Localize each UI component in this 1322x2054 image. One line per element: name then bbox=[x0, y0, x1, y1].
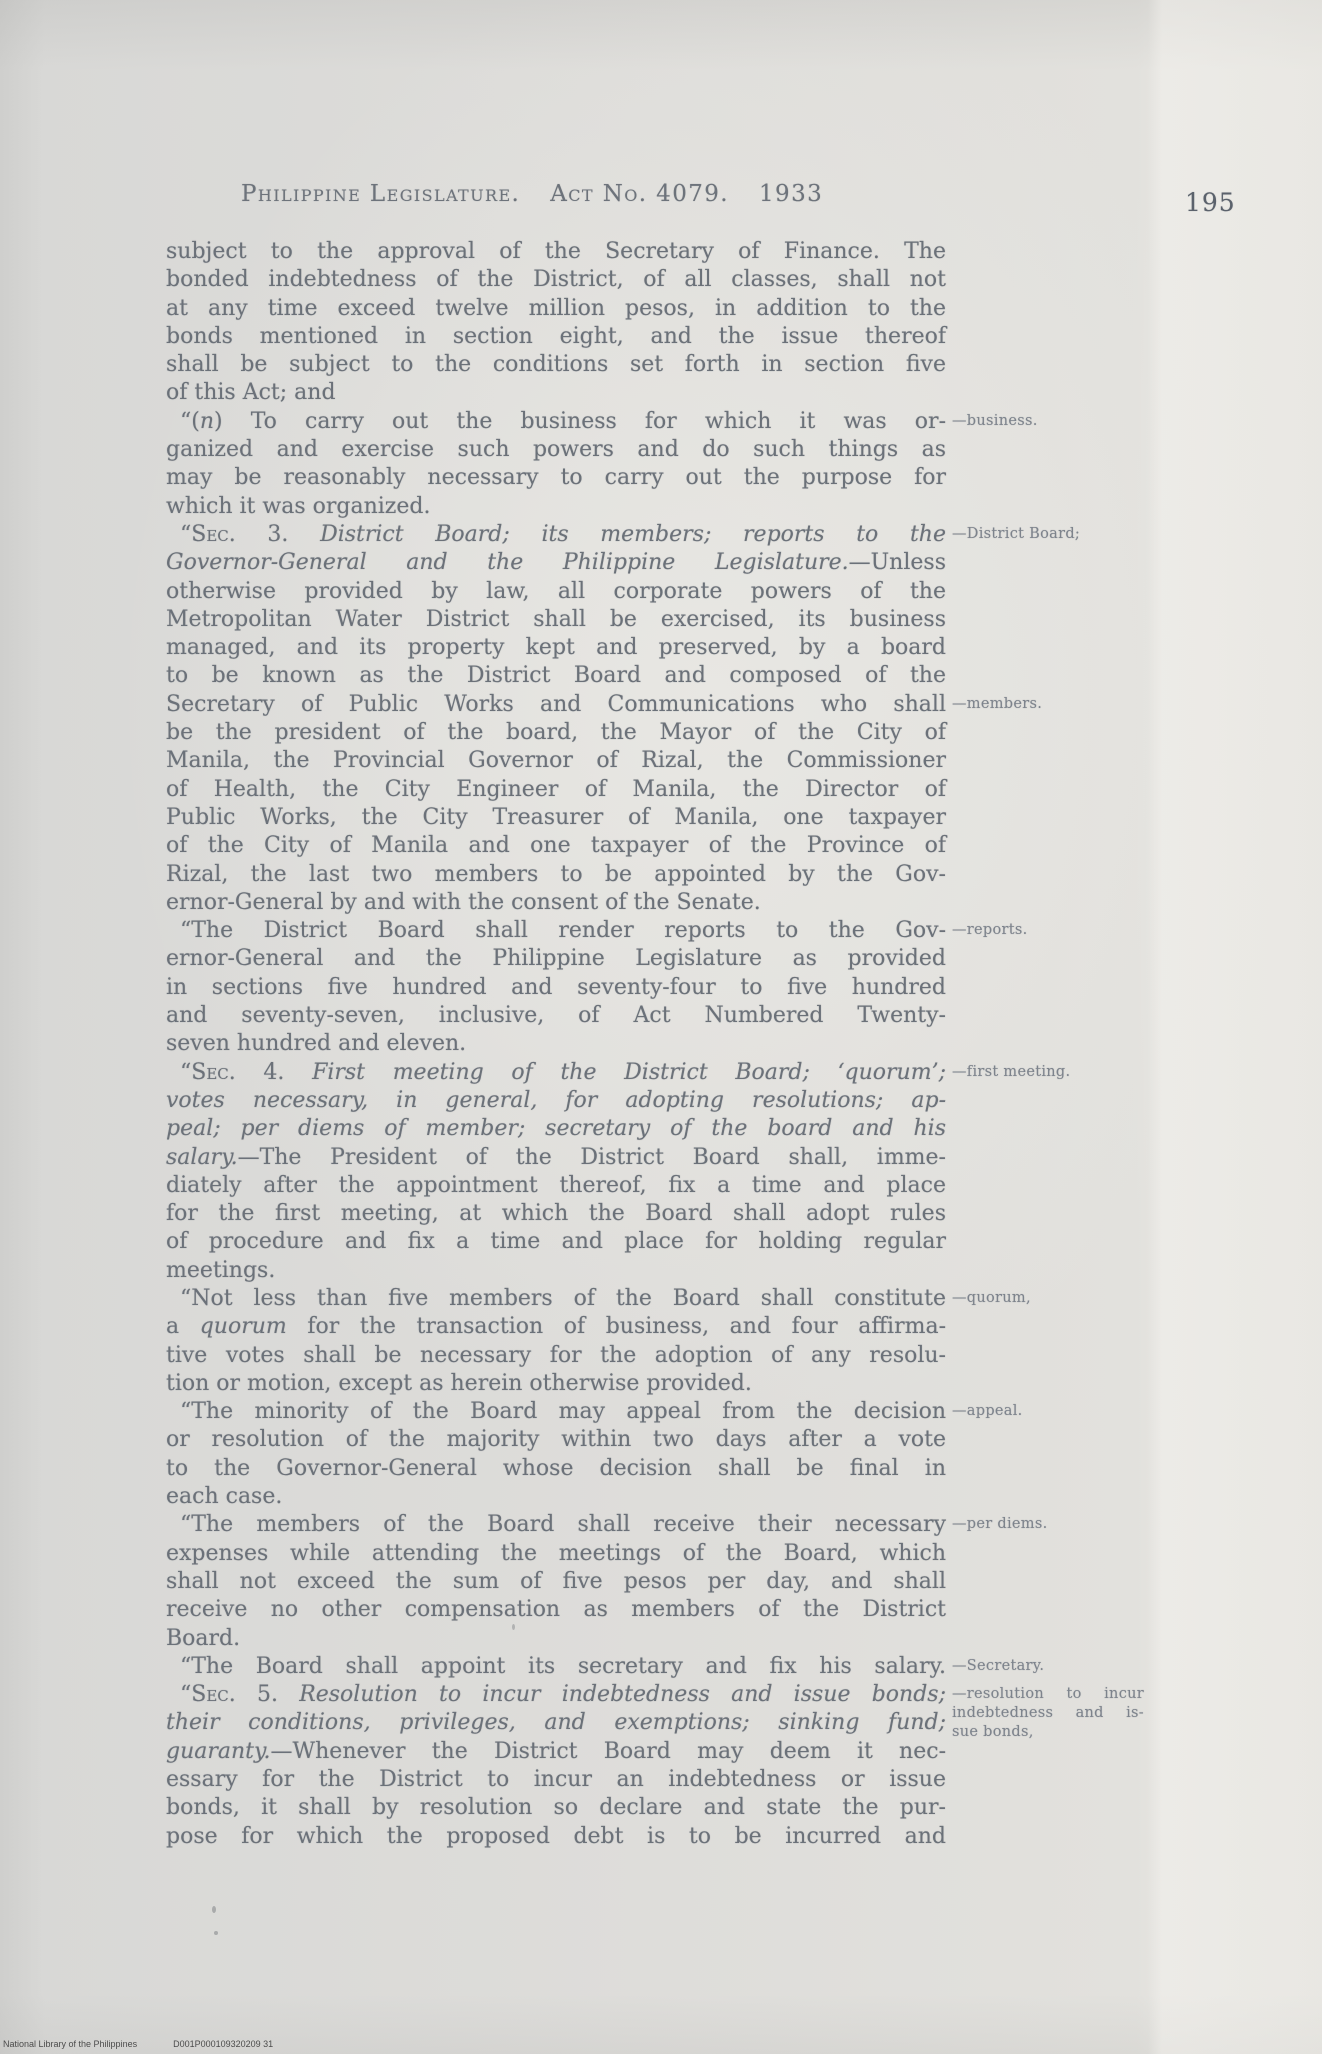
text-line: Governor-General and the Philippine Legi… bbox=[166, 549, 946, 577]
text-segment: of procedure and fix a time and place fo… bbox=[166, 1229, 946, 1254]
text-segment: “The members of the Board shall receive … bbox=[180, 1512, 946, 1537]
text-segment: bonded indebtedness of the District, of … bbox=[166, 267, 946, 292]
text-segment: “Not less than five members of the Board… bbox=[180, 1286, 946, 1311]
margin-note: —quorum, bbox=[952, 1289, 1144, 1308]
margin-note-line: —Secretary. bbox=[952, 1657, 1144, 1676]
text-line: of this Act; and bbox=[166, 379, 946, 407]
text-line: receive no other compensation as members… bbox=[166, 1596, 946, 1624]
text-line: managed, and its property kept and prese… bbox=[166, 634, 946, 662]
paragraph: “(n) To carry out the business for which… bbox=[166, 408, 946, 521]
text-segment: of this Act; and bbox=[166, 380, 336, 405]
text-line: or resolution of the majority within two… bbox=[166, 1426, 946, 1454]
margin-note-line: —reports. bbox=[952, 921, 1144, 940]
text-segment: receive no other compensation as members… bbox=[166, 1597, 946, 1622]
text-segment: managed, and its property kept and prese… bbox=[166, 635, 946, 660]
text-segment: shall not exceed the sum of five pesos p… bbox=[166, 1569, 946, 1594]
text-line: and seventy-seven, inclusive, of Act Num… bbox=[166, 1002, 946, 1030]
margin-note-line: —quorum, bbox=[952, 1289, 1144, 1308]
text-line: ganized and exercise such powers and do … bbox=[166, 436, 946, 464]
text-line: of the City of Manila and one taxpayer o… bbox=[166, 832, 946, 860]
text-segment: of the City of Manila and one taxpayer o… bbox=[166, 833, 946, 858]
text-line: shall not exceed the sum of five pesos p… bbox=[166, 1568, 946, 1596]
text-line: a quorum for the transaction of business… bbox=[166, 1313, 946, 1341]
text-segment: at any time exceed twelve million pesos,… bbox=[166, 296, 946, 321]
paragraph: “Not less than five members of the Board… bbox=[166, 1285, 946, 1398]
text-segment: bonds mentioned in section eight, and th… bbox=[166, 324, 946, 349]
text-line: essary for the District to incur an inde… bbox=[166, 1766, 946, 1794]
paper-speck bbox=[214, 1931, 218, 1935]
text-segment: n bbox=[200, 409, 214, 434]
text-segment: tive votes shall be necessary for the ad… bbox=[166, 1343, 946, 1368]
paragraph: “Sec. 3. District Board; its members; re… bbox=[166, 521, 946, 917]
paper-speck bbox=[212, 1906, 216, 1913]
text-line: bonds mentioned in section eight, and th… bbox=[166, 323, 946, 351]
text-line: ernor-General by and with the consent of… bbox=[166, 889, 946, 917]
text-segment: peal; per diems of member; secretary of … bbox=[166, 1116, 946, 1141]
page-header-title: Philippine Legislature.Act No. 4079.1933 bbox=[241, 181, 853, 207]
text-line: “The District Board shall render reports… bbox=[166, 917, 946, 945]
text-line: shall be subject to the conditions set f… bbox=[166, 351, 946, 379]
margin-note-line: —per diems. bbox=[952, 1515, 1144, 1534]
margin-note-line: indebtedness and is- bbox=[952, 1704, 1144, 1723]
text-segment: Board. bbox=[166, 1626, 240, 1651]
text-line: be the president of the board, the Mayor… bbox=[166, 719, 946, 747]
text-segment: “ bbox=[180, 522, 191, 547]
text-line: may be reasonably necessary to carry out… bbox=[166, 464, 946, 492]
paragraph: “Sec. 5. Resolution to incur indebtednes… bbox=[166, 1681, 946, 1851]
margin-note: —District Board; bbox=[952, 525, 1144, 544]
margin-note: —resolution to incurindebtedness and is-… bbox=[952, 1685, 1144, 1742]
text-line: peal; per diems of member; secretary of … bbox=[166, 1115, 946, 1143]
margin-note-line: —business. bbox=[952, 412, 1144, 431]
text-segment: subject to the approval of the Secretary… bbox=[166, 239, 946, 264]
text-segment: —The President of the District Board sha… bbox=[238, 1145, 946, 1170]
text-line: expenses while attending the meetings of… bbox=[166, 1540, 946, 1568]
margin-note-line: —appeal. bbox=[952, 1402, 1144, 1421]
text-segment: for the first meeting, at which the Boar… bbox=[166, 1201, 946, 1226]
text-segment: in sections five hundred and seventy-fou… bbox=[166, 975, 946, 1000]
text-segment: each case. bbox=[166, 1484, 282, 1509]
margin-note: —Secretary. bbox=[952, 1657, 1144, 1676]
paragraph: “Sec. 4. First meeting of the District B… bbox=[166, 1059, 946, 1285]
text-line: “The minority of the Board may appeal fr… bbox=[166, 1398, 946, 1426]
text-segment: may be reasonably necessary to carry out… bbox=[166, 465, 946, 490]
margin-note-line: —members. bbox=[952, 695, 1144, 714]
text-segment: 5. bbox=[236, 1682, 299, 1707]
text-line: bonded indebtedness of the District, of … bbox=[166, 266, 946, 294]
text-line: Board. bbox=[166, 1625, 946, 1653]
margin-note-line: —resolution to incur bbox=[952, 1685, 1144, 1704]
text-line: diately after the appointment thereof, f… bbox=[166, 1172, 946, 1200]
text-segment: Secretary of Public Works and Communicat… bbox=[166, 692, 946, 717]
text-segment: to be known as the District Board and co… bbox=[166, 663, 946, 688]
margin-note-line: —District Board; bbox=[952, 525, 1144, 544]
text-segment: otherwise provided by law, all corporate… bbox=[166, 579, 946, 604]
text-segment: Governor-General and the Philippine Legi… bbox=[166, 550, 849, 575]
text-line: bonds, it shall by resolution so declare… bbox=[166, 1794, 946, 1822]
text-segment: Resolution to incur indebtedness and iss… bbox=[299, 1682, 946, 1707]
text-segment: and seventy-seven, inclusive, of Act Num… bbox=[166, 1003, 946, 1028]
text-segment: “The Board shall appoint its secretary a… bbox=[180, 1654, 946, 1679]
text-line: at any time exceed twelve million pesos,… bbox=[166, 295, 946, 323]
text-segment: District Board; its members; reports to … bbox=[320, 522, 946, 547]
text-segment: 3. bbox=[236, 522, 320, 547]
scanned-page: Philippine Legislature.Act No. 4079.1933… bbox=[0, 0, 1322, 2054]
margin-note: —business. bbox=[952, 412, 1144, 431]
scan-code-label: D001P000109320209 31 bbox=[173, 2039, 273, 2049]
text-line: “Sec. 3. District Board; its members; re… bbox=[166, 521, 946, 549]
text-segment: 4. bbox=[236, 1060, 312, 1085]
text-line: “The members of the Board shall receive … bbox=[166, 1511, 946, 1539]
text-line: “(n) To carry out the business for which… bbox=[166, 408, 946, 436]
text-segment: “The minority of the Board may appeal fr… bbox=[180, 1399, 946, 1424]
text-segment: expenses while attending the meetings of… bbox=[166, 1541, 946, 1566]
margin-notes: —business.—District Board;—members.—repo… bbox=[952, 238, 1152, 1898]
margin-note: —members. bbox=[952, 695, 1144, 714]
text-line: of Health, the City Engineer of Manila, … bbox=[166, 776, 946, 804]
text-segment: ) To carry out the business for which it… bbox=[214, 409, 946, 434]
text-line: in sections five hundred and seventy-fou… bbox=[166, 974, 946, 1002]
header-title-part: 1933 bbox=[759, 181, 823, 207]
text-segment: “The District Board shall render reports… bbox=[180, 918, 946, 943]
paragraph: “The members of the Board shall receive … bbox=[166, 1511, 946, 1652]
text-line: to the Governor-General whose decision s… bbox=[166, 1455, 946, 1483]
text-segment: their conditions, privileges, and exempt… bbox=[166, 1710, 946, 1735]
text-segment: pose for which the proposed debt is to b… bbox=[166, 1824, 946, 1849]
text-line: ernor-General and the Philippine Legisla… bbox=[166, 945, 946, 973]
text-line: for the first meeting, at which the Boar… bbox=[166, 1200, 946, 1228]
text-segment: a bbox=[166, 1314, 200, 1339]
text-segment: seven hundred and eleven. bbox=[166, 1031, 466, 1056]
text-line: Manila, the Provincial Governor of Rizal… bbox=[166, 747, 946, 775]
text-line: seven hundred and eleven. bbox=[166, 1030, 946, 1058]
text-segment: Manila, the Provincial Governor of Rizal… bbox=[166, 748, 946, 773]
text-line: Metropolitan Water District shall be exe… bbox=[166, 606, 946, 634]
text-line: “The Board shall appoint its secretary a… bbox=[166, 1653, 946, 1681]
text-segment: to the Governor-General whose decision s… bbox=[166, 1456, 946, 1481]
text-segment: “( bbox=[180, 409, 200, 434]
paragraph: “The minority of the Board may appeal fr… bbox=[166, 1398, 946, 1511]
text-segment: of Health, the City Engineer of Manila, … bbox=[166, 777, 946, 802]
text-line: which it was organized. bbox=[166, 493, 946, 521]
text-line: meetings. bbox=[166, 1257, 946, 1285]
text-segment: quorum bbox=[200, 1314, 287, 1339]
text-line: votes necessary, in general, for adoptin… bbox=[166, 1087, 946, 1115]
text-line: pose for which the proposed debt is to b… bbox=[166, 1823, 946, 1851]
text-segment: essary for the District to incur an inde… bbox=[166, 1767, 946, 1792]
text-segment: votes necessary, in general, for adoptin… bbox=[166, 1088, 946, 1113]
text-line: “Sec. 4. First meeting of the District B… bbox=[166, 1059, 946, 1087]
text-segment: which it was organized. bbox=[166, 494, 430, 519]
library-label: National Library of the Philippines bbox=[3, 2039, 137, 2049]
text-segment: ernor-General and the Philippine Legisla… bbox=[166, 946, 946, 971]
text-segment: guaranty. bbox=[166, 1739, 271, 1764]
body-text: subject to the approval of the Secretary… bbox=[166, 238, 946, 1851]
page-number: 195 bbox=[1185, 188, 1236, 217]
text-segment: Public Works, the City Treasurer of Mani… bbox=[166, 805, 946, 830]
text-segment: —Whenever the District Board may deem it… bbox=[271, 1739, 946, 1764]
text-segment: salary. bbox=[166, 1145, 238, 1170]
text-line: tive votes shall be necessary for the ad… bbox=[166, 1342, 946, 1370]
text-segment: Rizal, the last two members to be appoin… bbox=[166, 862, 946, 887]
text-line: to be known as the District Board and co… bbox=[166, 662, 946, 690]
text-line: Public Works, the City Treasurer of Mani… bbox=[166, 804, 946, 832]
text-segment: ernor-General by and with the consent of… bbox=[166, 890, 761, 915]
text-segment: for the transaction of business, and fou… bbox=[287, 1314, 946, 1339]
text-segment: First meeting of the District Board; ‘qu… bbox=[312, 1060, 946, 1085]
text-segment: bonds, it shall by resolution so declare… bbox=[166, 1795, 946, 1820]
text-segment: tion or motion, except as herein otherwi… bbox=[166, 1371, 752, 1396]
text-segment: shall be subject to the conditions set f… bbox=[166, 352, 946, 377]
text-segment: Sec. bbox=[191, 1682, 236, 1707]
text-line: subject to the approval of the Secretary… bbox=[166, 238, 946, 266]
text-line: Secretary of Public Works and Communicat… bbox=[166, 691, 946, 719]
text-segment: Sec. bbox=[191, 522, 236, 547]
text-segment: or resolution of the majority within two… bbox=[166, 1427, 946, 1452]
margin-note-line: sue bonds, bbox=[952, 1723, 1144, 1742]
text-segment: ganized and exercise such powers and do … bbox=[166, 437, 946, 462]
text-line: “Not less than five members of the Board… bbox=[166, 1285, 946, 1313]
text-segment: diately after the appointment thereof, f… bbox=[166, 1173, 946, 1198]
text-line: tion or motion, except as herein otherwi… bbox=[166, 1370, 946, 1398]
text-segment: be the president of the board, the Mayor… bbox=[166, 720, 946, 745]
margin-note: —appeal. bbox=[952, 1402, 1144, 1421]
text-segment: “ bbox=[180, 1682, 191, 1707]
text-segment: meetings. bbox=[166, 1258, 275, 1283]
text-line: guaranty.—Whenever the District Board ma… bbox=[166, 1738, 946, 1766]
text-line: “Sec. 5. Resolution to incur indebtednes… bbox=[166, 1681, 946, 1709]
margin-note: —first meeting. bbox=[952, 1063, 1144, 1082]
text-segment: “ bbox=[180, 1060, 191, 1085]
margin-note-line: —first meeting. bbox=[952, 1063, 1144, 1082]
scanner-footer-strip: National Library of the Philippines D001… bbox=[3, 2039, 273, 2049]
paragraph: “The District Board shall render reports… bbox=[166, 917, 946, 1058]
paragraph: subject to the approval of the Secretary… bbox=[166, 238, 946, 408]
text-line: otherwise provided by law, all corporate… bbox=[166, 578, 946, 606]
text-line: their conditions, privileges, and exempt… bbox=[166, 1709, 946, 1737]
text-line: each case. bbox=[166, 1483, 946, 1511]
paragraph: “The Board shall appoint its secretary a… bbox=[166, 1653, 946, 1681]
text-line: of procedure and fix a time and place fo… bbox=[166, 1228, 946, 1256]
header-title-part: Act No. 4079. bbox=[550, 181, 729, 207]
margin-note: —per diems. bbox=[952, 1515, 1144, 1534]
text-segment: Metropolitan Water District shall be exe… bbox=[166, 607, 946, 632]
header-title-part: Philippine Legislature. bbox=[241, 181, 520, 207]
text-line: Rizal, the last two members to be appoin… bbox=[166, 861, 946, 889]
text-segment: Sec. bbox=[191, 1060, 236, 1085]
margin-note: —reports. bbox=[952, 921, 1144, 940]
text-segment: —Unless bbox=[849, 550, 946, 575]
text-line: salary.—The President of the District Bo… bbox=[166, 1144, 946, 1172]
page-edge-shading bbox=[1148, 0, 1322, 2054]
